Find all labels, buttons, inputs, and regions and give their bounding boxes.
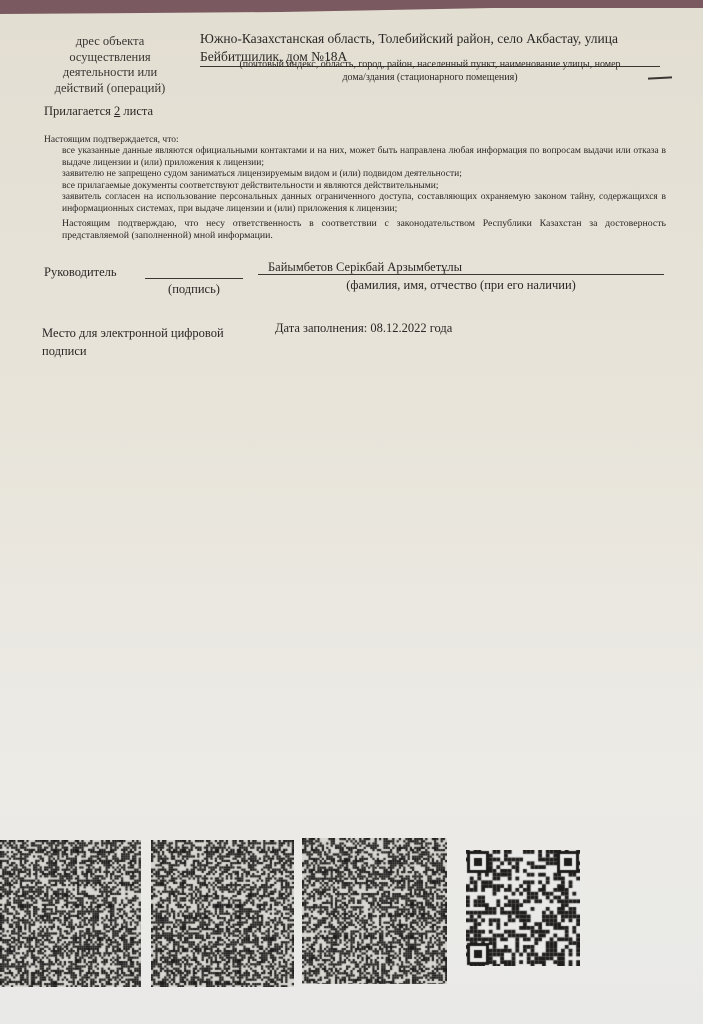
barcode-icon bbox=[151, 840, 294, 987]
signature-caption: (подпись) bbox=[145, 282, 243, 297]
name-underline bbox=[258, 274, 664, 275]
confirmation-item: все прилагаемые документы соответствуют … bbox=[62, 181, 666, 193]
address-label-line: дрес объекта bbox=[30, 34, 190, 50]
confirmation-list: все указанные данные являются официальны… bbox=[62, 146, 666, 215]
attached-suffix: листа bbox=[120, 104, 153, 118]
signature-line bbox=[145, 278, 243, 279]
attached-prefix: Прилагается bbox=[44, 104, 114, 118]
full-name: Байымбетов Серікбай Арзымбетұлы bbox=[268, 260, 462, 275]
eds-label-line1: Место для электронной цифровой bbox=[42, 324, 262, 342]
attached-sheets: Прилагается 2 листа bbox=[44, 104, 153, 119]
confirmation-item: заявитель согласен на использование перс… bbox=[62, 192, 666, 215]
barcode-icon bbox=[302, 838, 447, 984]
address-caption-line1: (почтовый индекс, область, город, район,… bbox=[200, 58, 660, 71]
address-label-line: деятельности или bbox=[30, 65, 190, 81]
barcode-icon bbox=[0, 840, 141, 987]
address-label-line: действий (операций) bbox=[30, 81, 190, 97]
role-label: Руководитель bbox=[44, 265, 117, 280]
eds-label-line2: подписи bbox=[42, 342, 262, 360]
pen-mark bbox=[648, 76, 672, 79]
confirmation-heading: Настоящим подтверждается, что: bbox=[44, 135, 179, 145]
address-label-line: осуществления bbox=[30, 50, 190, 66]
responsibility-statement: Настоящим подтверждаю, что несу ответств… bbox=[62, 218, 666, 242]
fill-date: Дата заполнения: 08.12.2022 года bbox=[275, 321, 452, 336]
name-caption: (фамилия, имя, отчество (при его наличии… bbox=[258, 278, 664, 293]
address-caption: (почтовый индекс, область, город, район,… bbox=[200, 58, 660, 84]
eds-label: Место для электронной цифровой подписи bbox=[42, 324, 262, 360]
confirmation-item: все указанные данные являются официальны… bbox=[62, 146, 666, 169]
address-caption-line2: дома/здания (стационарного помещения) bbox=[200, 71, 660, 84]
address-label: дрес объекта осуществления деятельности … bbox=[30, 34, 190, 96]
confirmation-item: заявителю не запрещено судом заниматься … bbox=[62, 169, 666, 181]
address-value-line1: Южно-Казахстанская область, Толебийский … bbox=[200, 30, 660, 48]
qr-code-icon bbox=[466, 850, 580, 966]
